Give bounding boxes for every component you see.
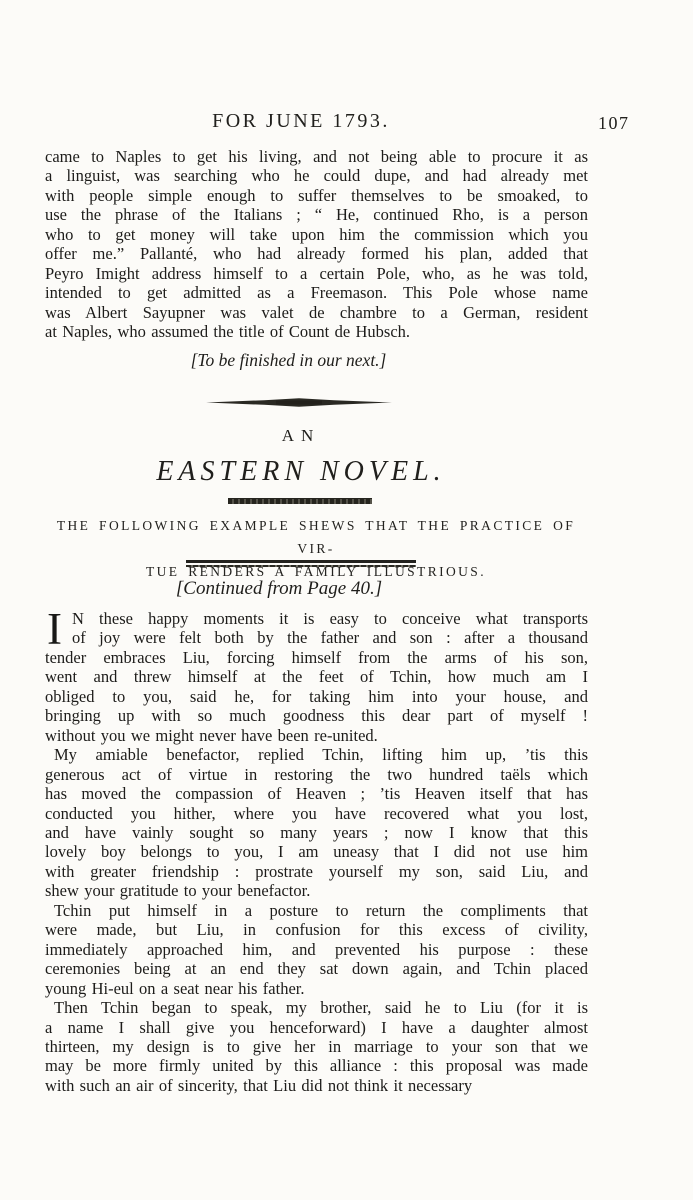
article-line: intended to get admitted as a Freemason.… xyxy=(45,283,588,302)
article-line: offer me.” Pallanté, who had already for… xyxy=(45,244,588,263)
novel-body: I N these happy moments it is easy to co… xyxy=(45,609,588,1095)
title-rule xyxy=(228,498,372,504)
body-line: thirteen, my design is to give her in ma… xyxy=(45,1037,588,1056)
article-line: with people simple enough to suffer them… xyxy=(45,186,588,205)
section-subtitle: THE FOLLOWING EXAMPLE SHEWS THAT THE PRA… xyxy=(38,514,594,583)
running-header-title: FOR JUNE 1793. xyxy=(45,110,557,133)
article-line: a linguist, was searching who he could d… xyxy=(45,166,588,185)
paragraph: I N these happy moments it is easy to co… xyxy=(45,609,588,745)
body-line: obliged to you, said he, for taking him … xyxy=(45,687,588,706)
ornamental-rule xyxy=(206,394,392,403)
body-line: may be more firmly united by this allian… xyxy=(45,1056,588,1075)
page-number: 107 xyxy=(598,113,630,134)
body-line: were made, but Liu, in confusion for thi… xyxy=(45,920,588,939)
body-line: with such an air of sincerity, that Liu … xyxy=(45,1076,588,1095)
body-line: bringing up with so much goodness this d… xyxy=(45,706,588,725)
body-line: without you we might never have been re-… xyxy=(45,726,588,745)
body-line: N these happy moments it is easy to conc… xyxy=(72,609,588,628)
body-line: of joy were felt both by the father and … xyxy=(72,628,588,647)
subtitle-line: THE FOLLOWING EXAMPLE SHEWS THAT THE PRA… xyxy=(38,514,594,560)
body-line: lovely boy belongs to you, I am uneasy t… xyxy=(45,842,588,861)
article-line: who to get money will take upon him the … xyxy=(45,225,588,244)
continued-from-note: [Continued from Page 40.] xyxy=(23,578,535,600)
body-line: conducted you hither, where you have rec… xyxy=(45,804,588,823)
rule-bottom-bar xyxy=(186,565,416,567)
paragraph: Tchin put himself in a posture to return… xyxy=(45,901,588,998)
section-pretitle: AN xyxy=(45,426,557,446)
scanned-page: FOR JUNE 1793. 107 came to Naples to get… xyxy=(0,0,693,1200)
article-line: was Albert Sayupner was valet de chambre… xyxy=(45,303,588,322)
rule-top-bar xyxy=(186,560,416,563)
body-line: shew your gratitude to your benefactor. xyxy=(45,881,588,900)
body-line: tender embraces Liu, forcing himself fro… xyxy=(45,648,588,667)
body-line: Tchin put himself in a posture to return… xyxy=(45,901,588,920)
paragraph: Then Tchin began to speak, my brother, s… xyxy=(45,998,588,1095)
article-line: at Naples, who assumed the title of Coun… xyxy=(45,322,588,341)
body-line: My amiable benefactor, replied Tchin, li… xyxy=(45,745,588,764)
article-continuation: came to Naples to get his living, and no… xyxy=(45,147,588,371)
body-line: Then Tchin began to speak, my brother, s… xyxy=(45,998,588,1017)
body-line: and have vainly sought so many years ; n… xyxy=(45,823,588,842)
body-line: a name I shall give you henceforward) I … xyxy=(45,1018,588,1037)
subtitle-double-rule xyxy=(186,560,416,567)
article-line: came to Naples to get his living, and no… xyxy=(45,147,588,166)
to-be-finished-note: [To be finished in our next.] xyxy=(17,350,560,371)
body-line: went and threw himself at the feet of Tc… xyxy=(45,667,588,686)
drop-cap: I xyxy=(47,610,62,648)
article-line: Peyro Imight address himself to a certai… xyxy=(45,264,588,283)
body-line: has moved the compassion of Heaven ; ’ti… xyxy=(45,784,588,803)
paragraph: My amiable benefactor, replied Tchin, li… xyxy=(45,745,588,901)
body-line: generous act of virtue in restoring the … xyxy=(45,765,588,784)
article-line: use the phrase of the Italians ; “ He, c… xyxy=(45,205,588,224)
body-line: young Hi-eul on a seat near his father. xyxy=(45,979,588,998)
body-line: with greater friendship : prostrate your… xyxy=(45,862,588,881)
body-line: ceremonies being at an end they sat down… xyxy=(45,959,588,978)
body-line: immediately approached him, and prevente… xyxy=(45,940,588,959)
section-title: EASTERN NOVEL. xyxy=(45,456,557,488)
